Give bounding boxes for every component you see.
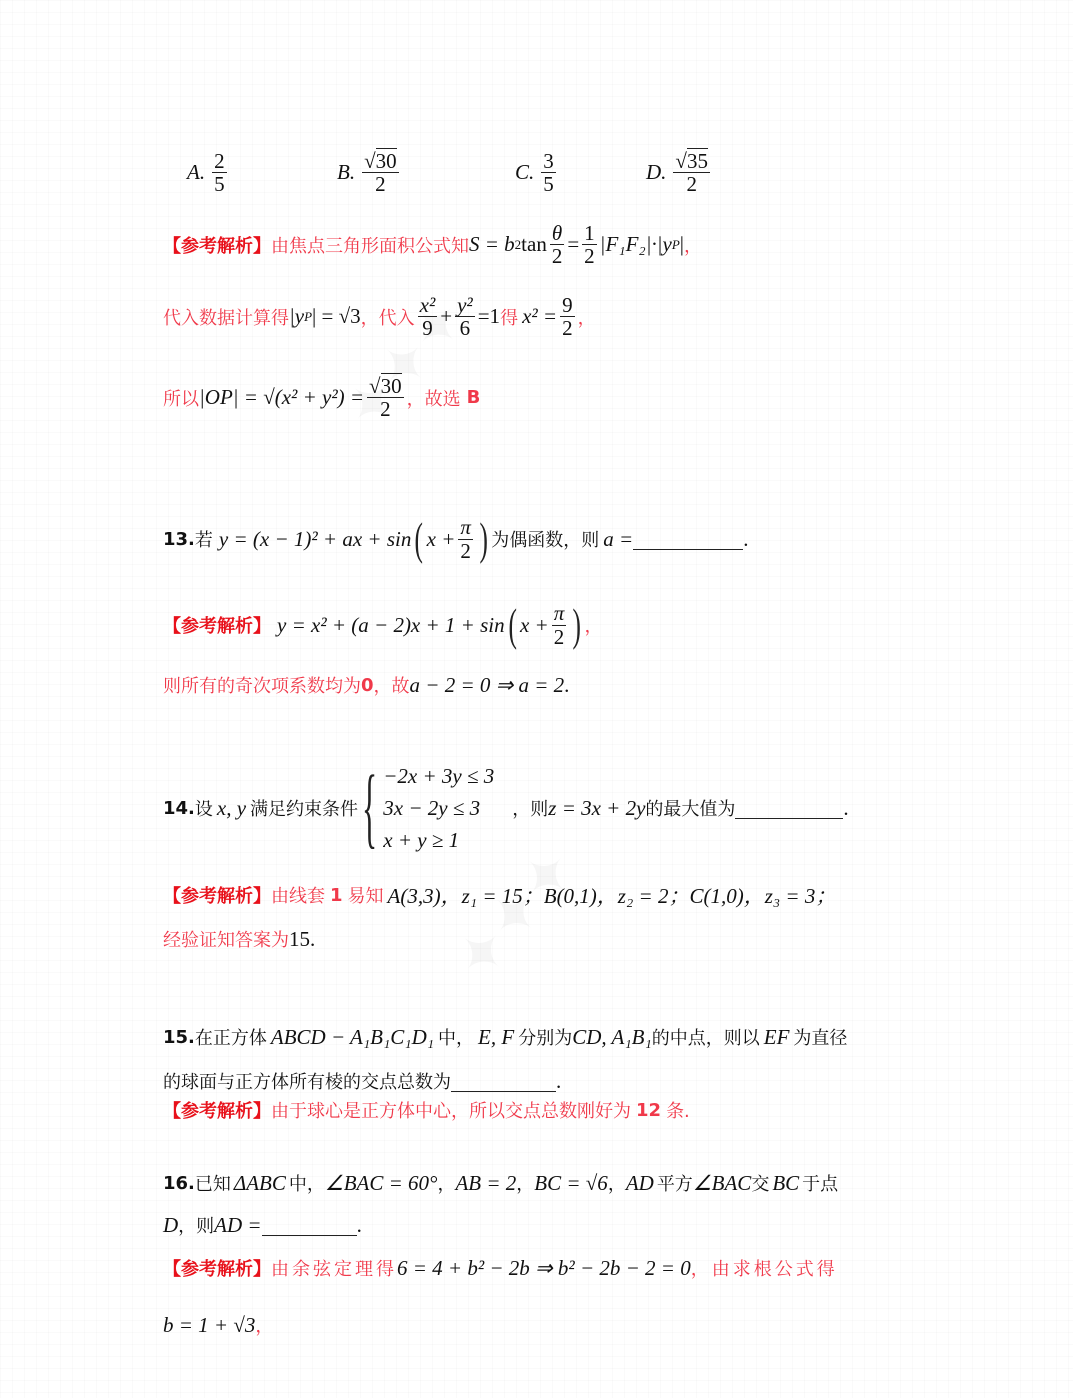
question-text: 于点 xyxy=(802,1170,838,1196)
solution-text: 经验证知答案为 xyxy=(163,926,289,952)
math: AD xyxy=(626,1171,654,1196)
constraint-rows: −2x + 3y ≤ 3 3x − 2y ≤ 3 x + y ≥ 1 xyxy=(383,760,494,856)
question-text: 中， xyxy=(289,1170,325,1196)
denominator: 5 xyxy=(541,173,556,195)
solution-number: 1 xyxy=(330,885,343,906)
question-text: 的球面与正方体所有棱的交点总数为 xyxy=(163,1068,451,1094)
solution-text: 由焦点三角形面积公式知 xyxy=(271,232,469,258)
q12-solution-line-1: 【参考解析】 由焦点三角形面积公式知 S = b2 tan θ2 = 12 |F… xyxy=(163,222,702,267)
q14-solution-line-1: 【参考解析】 由线套 1 易知 A(3,3)，z₁ = 15；B(0,1)，z₂… xyxy=(163,880,836,910)
q12-solution-line-2: 代入数据计算得 |yP| = √3 ，代入 x²9 + y²6 =1 得 x² … xyxy=(163,294,596,339)
math: tan xyxy=(521,232,547,257)
numerator: 3 xyxy=(541,150,556,173)
q14-solution-line-2: 经验证知答案为 15 . xyxy=(163,926,315,952)
math: CD, A₁B₁ xyxy=(572,1025,652,1050)
denominator: 2 xyxy=(552,626,567,648)
question-number: 16. xyxy=(163,1173,195,1194)
punct: . xyxy=(564,673,569,698)
solution-number: 0 xyxy=(361,675,374,696)
math: ∠BAC xyxy=(693,1171,752,1196)
question-text: 若 xyxy=(195,526,213,552)
math: E, F xyxy=(478,1025,514,1050)
math: + xyxy=(440,304,452,329)
math: A(3,3)，z₁ = 15；B(0,1)，z₂ = 2；C(1,0)，z₃ =… xyxy=(388,880,837,910)
constraint-system: { −2x + 3y ≤ 3 3x − 2y ≤ 3 x + y ≥ 1 xyxy=(358,760,494,856)
punct: . xyxy=(743,527,748,552)
numerator: √35 xyxy=(673,150,710,173)
numerator: 2 xyxy=(212,150,227,173)
question-text: 的中点，则以 xyxy=(652,1024,760,1050)
question-text: ，则 xyxy=(512,795,548,821)
punct: . xyxy=(357,1213,362,1238)
numerator: √30 xyxy=(367,375,404,398)
math: = xyxy=(567,232,579,257)
analysis-tag: 【参考解析】 xyxy=(163,1097,271,1123)
fraction: √302 xyxy=(362,150,399,195)
fraction: θ2 xyxy=(550,222,565,267)
constraint: x + y ≥ 1 xyxy=(383,824,494,856)
fraction: π2 xyxy=(552,602,567,647)
fraction: 25 xyxy=(212,150,227,195)
math: S = b xyxy=(469,232,515,257)
numerator: θ xyxy=(550,222,564,245)
math: ΔABC xyxy=(234,1171,286,1196)
denominator: 2 xyxy=(458,540,473,562)
fraction: y²6 xyxy=(455,294,475,339)
solution-text: ，由求根公式得 xyxy=(691,1255,838,1281)
math: |OP| = √(x² + y²) = xyxy=(199,385,364,410)
numerator: π xyxy=(552,602,567,625)
question-number: 14. xyxy=(163,798,195,819)
question-number: 13. xyxy=(163,529,195,550)
answer: B xyxy=(467,387,481,408)
question-text: 平方 xyxy=(657,1170,693,1196)
option-label: C. xyxy=(515,160,534,185)
solution-text: 由线套 xyxy=(271,882,325,908)
analysis-tag: 【参考解析】 xyxy=(163,232,271,258)
radicand: 35 xyxy=(687,148,708,173)
denominator: 2 xyxy=(684,173,699,195)
math: |F₁F₂|·|y xyxy=(600,232,672,257)
math: | = √3 xyxy=(312,304,361,329)
q16-solution-line-1: 【参考解析】 由余弦定理得 6 = 4 + b² − 2b ⇒ b² − 2b … xyxy=(163,1255,838,1281)
math: x + xyxy=(427,527,456,552)
right-paren: ) xyxy=(573,602,581,648)
option-label: D. xyxy=(646,160,666,185)
constraint: 3x − 2y ≤ 3 xyxy=(383,792,494,824)
math: b = 1 + √3 xyxy=(163,1313,255,1338)
answer-blank[interactable] xyxy=(451,1071,556,1092)
fraction: 92 xyxy=(560,294,575,339)
question-text: 设 xyxy=(195,795,213,821)
answer-blank[interactable] xyxy=(735,798,843,819)
numerator: x² xyxy=(418,294,438,317)
math: x + xyxy=(520,613,549,638)
denominator: 2 xyxy=(378,398,393,420)
q16-solution-line-2: b = 1 + √3 ， xyxy=(163,1312,273,1338)
question-text: 交 xyxy=(751,1170,769,1196)
fraction: √302 xyxy=(367,375,404,420)
fraction: x²9 xyxy=(418,294,438,339)
math: |y xyxy=(289,304,304,329)
left-paren: ( xyxy=(415,516,423,562)
punct: ， xyxy=(578,304,596,330)
math-sub: P xyxy=(304,309,312,325)
fraction: 35 xyxy=(541,150,556,195)
math: BC xyxy=(772,1171,799,1196)
fraction: √352 xyxy=(673,150,710,195)
left-brace: { xyxy=(362,763,377,853)
answer-blank[interactable] xyxy=(633,529,743,550)
punct: ， xyxy=(255,1312,273,1338)
constraint: −2x + 3y ≤ 3 xyxy=(383,760,494,792)
math: ∠BAC = 60° xyxy=(325,1171,438,1196)
denominator: 2 xyxy=(550,245,565,267)
math: z = 3x + 2y xyxy=(548,796,645,821)
denominator: 9 xyxy=(420,317,435,339)
q14-question: 14. 设 x, y 满足约束条件 { −2x + 3y ≤ 3 3x − 2y… xyxy=(163,760,849,856)
solution-text: 由余弦定理得 xyxy=(271,1255,397,1281)
solution-text: ，故选 xyxy=(407,385,461,411)
solution-text: ，故 xyxy=(374,672,410,698)
math: x, y xyxy=(217,796,246,821)
denominator: 2 xyxy=(373,173,388,195)
radicand: 30 xyxy=(376,148,397,173)
question-text: 的最大值为 xyxy=(645,795,735,821)
punct: ， xyxy=(516,1170,534,1196)
option-c: C. 35 xyxy=(515,150,559,195)
math: BC = √6 xyxy=(534,1171,608,1196)
math: EF xyxy=(764,1025,790,1050)
math: =1 xyxy=(478,304,500,329)
left-paren: ( xyxy=(508,602,516,648)
option-a: A. 25 xyxy=(187,150,230,195)
math: y = (x − 1)² + ax + sin xyxy=(219,527,411,552)
denominator: 2 xyxy=(582,245,597,267)
question-text: 已知 xyxy=(195,1170,231,1196)
solution-number: 12 xyxy=(636,1100,661,1121)
math: a − 2 = 0 ⇒ a = 2 xyxy=(410,673,565,698)
question-number: 15. xyxy=(163,1027,195,1048)
q13-solution-line-2: 则所有的奇次项系数均为 0 ，故 a − 2 = 0 ⇒ a = 2 . xyxy=(163,672,569,698)
question-text: 满足约束条件 xyxy=(250,795,358,821)
numerator: √30 xyxy=(362,150,399,173)
option-d: D. √352 xyxy=(646,150,713,195)
question-text: 为偶函数，则 xyxy=(491,526,599,552)
fraction: π2 xyxy=(458,516,473,561)
option-b: B. √302 xyxy=(337,150,402,195)
punct: ， xyxy=(684,232,702,258)
q12-solution-line-3: 所以 |OP| = √(x² + y²) = √302 ，故选 B xyxy=(163,375,480,420)
numerator: 9 xyxy=(560,294,575,317)
solution-text: 则所有的奇次项系数均为 xyxy=(163,672,361,698)
punct: . xyxy=(843,796,848,821)
numerator: y² xyxy=(455,294,475,317)
denominator: 5 xyxy=(212,173,227,195)
question-text: 在正方体 xyxy=(195,1024,267,1050)
right-paren: ) xyxy=(479,516,487,562)
math: y = x² + (a − 2)x + 1 + sin xyxy=(277,613,505,638)
solution-text: 由于球心是正方体中心，所以交点总数刚好为 xyxy=(271,1097,631,1123)
q15-solution: 【参考解析】 由于球心是正方体中心，所以交点总数刚好为 12 条. xyxy=(163,1097,690,1123)
solution-text: ，代入 xyxy=(361,304,415,330)
q16-question-line-1: 16. 已知 ΔABC 中， ∠BAC = 60° ， AB = 2 ， BC … xyxy=(163,1170,838,1196)
denominator: 2 xyxy=(560,317,575,339)
solution-text: 代入数据计算得 xyxy=(163,304,289,330)
q15-question-line-1: 15. 在正方体 ABCD − A₁B₁C₁D₁ 中， E, F 分别为 CD,… xyxy=(163,1024,847,1050)
punct: ， xyxy=(608,1170,626,1196)
math: AD = xyxy=(214,1213,261,1238)
math: AB = 2 xyxy=(455,1171,516,1196)
punct: ， xyxy=(585,612,603,638)
math: x² = xyxy=(522,304,557,329)
question-text: 为直径 xyxy=(793,1024,847,1050)
radicand: 30 xyxy=(381,373,402,398)
math-sub: P xyxy=(672,237,680,253)
solution-text: 所以 xyxy=(163,385,199,411)
punct: . xyxy=(556,1069,561,1094)
solution-text: 条. xyxy=(666,1097,690,1123)
option-label: B. xyxy=(337,160,355,185)
answer-blank[interactable] xyxy=(262,1215,357,1236)
solution-text: 得 xyxy=(500,304,518,330)
question-text: ，则 xyxy=(178,1212,214,1238)
punct: ， xyxy=(437,1170,455,1196)
q15-question-line-2: 的球面与正方体所有棱的交点总数为 . xyxy=(163,1068,561,1094)
analysis-tag: 【参考解析】 xyxy=(163,1255,271,1281)
q13-question: 13. 若 y = (x − 1)² + ax + sin ( x + π2 )… xyxy=(163,516,748,562)
punct: . xyxy=(310,927,315,952)
math: 6 = 4 + b² − 2b ⇒ b² − 2b − 2 = 0 xyxy=(397,1256,691,1281)
q13-solution-line-1: 【参考解析】 y = x² + (a − 2)x + 1 + sin ( x +… xyxy=(163,602,603,648)
math: ABCD − A₁B₁C₁D₁ xyxy=(271,1025,434,1050)
answer: 15 xyxy=(289,927,310,952)
analysis-tag: 【参考解析】 xyxy=(163,882,271,908)
analysis-tag: 【参考解析】 xyxy=(163,612,271,638)
solution-text: 易知 xyxy=(348,882,384,908)
question-text: 分别为 xyxy=(518,1024,572,1050)
option-label: A. xyxy=(187,160,205,185)
numerator: 1 xyxy=(582,222,597,245)
fraction: 12 xyxy=(582,222,597,267)
question-text: 中， xyxy=(438,1024,474,1050)
math: D xyxy=(163,1213,178,1238)
math: a = xyxy=(603,527,633,552)
q16-question-line-2: D ，则 AD = . xyxy=(163,1212,362,1238)
numerator: π xyxy=(458,516,473,539)
denominator: 6 xyxy=(458,317,473,339)
watermark: ✦✦✦ xyxy=(440,835,591,996)
